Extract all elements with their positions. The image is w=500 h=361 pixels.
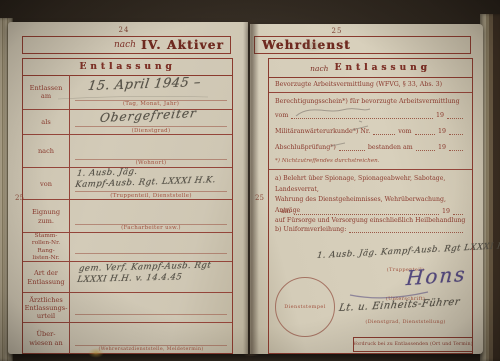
row-label: Art der Entlassung xyxy=(23,262,70,293)
blank-field xyxy=(416,143,435,151)
abschlusspruefung-label: Abschlußprüfung*) xyxy=(275,144,336,151)
line-berechtigungsschein: Berechtigungsschein*) für bevorzugte Arb… xyxy=(275,98,466,106)
book-gutter-shadow xyxy=(243,20,259,356)
header-title-left: IV. Aktiver xyxy=(141,38,224,52)
section-prefix: nach xyxy=(310,64,328,73)
blank-field xyxy=(339,143,365,151)
table-row-nach: nach (Wohnort) xyxy=(23,134,232,168)
blank-field xyxy=(447,111,463,119)
bottom-box-text: Vordruck bei zu Entlassenden (Ort und Te… xyxy=(353,342,473,347)
page-number-left: 24 xyxy=(112,26,136,34)
row-label: als xyxy=(23,110,70,135)
section-title-strip-right: nach Entlassung xyxy=(269,59,472,78)
line-vom-19: vom 19 xyxy=(275,111,466,119)
year-label: 19 xyxy=(436,112,444,119)
handwritten-rank: Obergefreiter xyxy=(99,106,198,125)
section-title-left: Entlassung xyxy=(79,62,175,72)
blank-field xyxy=(373,127,395,135)
vom-label: vom xyxy=(275,112,288,119)
blank-field xyxy=(294,207,439,215)
blank-field xyxy=(415,127,435,135)
divider-rule xyxy=(269,92,472,93)
row-label: nach xyxy=(23,135,70,168)
header-prefix: nach xyxy=(114,40,136,50)
row-value-cell: (Facharbeiter usw.) xyxy=(70,200,232,233)
year-label: 19 xyxy=(438,128,446,135)
table-row-als: als Obergefreiter (Dienstgrad) xyxy=(23,109,232,135)
row-value-cell: (Wohnort) xyxy=(70,135,232,168)
table-row-eignung: Eignung zum. (Facharbeiter usw.) xyxy=(23,199,232,233)
year-label: 19 xyxy=(438,144,446,151)
after-discharge-box: nach Entlassung Bevorzugte Arbeitsvermit… xyxy=(268,58,473,354)
bottom-instruction-box: Vordruck bei zu Entlassenden (Ort und Te… xyxy=(353,337,473,352)
vom-label: vom xyxy=(398,128,411,135)
stamp-circle: Dienststempel xyxy=(275,277,335,337)
line-b-uniformverleihung: b) Uniformverleihung: xyxy=(275,225,466,233)
table-row-art-der-entlassung: Art der Entlassung gem. Verf. Kampf-Ausb… xyxy=(23,261,232,293)
table-row-aerztliches-urteil: Ärztliches Entlassungs- urteil xyxy=(23,292,232,323)
table-row-von: von 1. Ausb. Jäg. Kampf-Ausb. Rgt. LXXXI… xyxy=(23,167,232,200)
row-value-cell: 1. Ausb. Jäg. Kampf-Ausb. Rgt. LXXXI H.K… xyxy=(70,168,232,200)
blank-field xyxy=(349,225,463,233)
handwritten-signature: Hons xyxy=(363,259,500,293)
header-title-right: Wehrdienst xyxy=(262,38,351,52)
blank-field xyxy=(449,127,463,135)
line-abschlusspruefung: Abschlußprüfung*) bestanden am 19 xyxy=(275,143,466,151)
row-label: Über- wiesen an xyxy=(23,323,70,354)
row-value-cell xyxy=(70,233,232,262)
section-title-strip: Entlassung xyxy=(23,59,232,76)
year-label: 19 xyxy=(442,208,450,215)
page-number-right: 25 xyxy=(325,27,349,35)
row-value-cell: 15. April 1945 – (Tag, Monat, Jahr) xyxy=(70,75,232,109)
paragraph-a-am-line: am 19 xyxy=(281,207,466,215)
row-value-cell: Obergefreiter (Dienstgrad) xyxy=(70,110,232,135)
row-label: Eignung zum. xyxy=(23,200,70,233)
am-label: am xyxy=(281,208,291,215)
handwritten-discharge-type: gem. Verf. Kampf-Ausb. Rgt LXXXI H.H. v.… xyxy=(76,260,212,286)
row-value-cell: gem. Verf. Kampf-Ausb. Rgt LXXXI H.H. v.… xyxy=(70,262,232,293)
field-note: (Wehrersatzdienststelle, Meldetermin) xyxy=(70,347,232,352)
uniformverleihung-label: b) Uniformverleihung: xyxy=(275,226,346,233)
header-continuation-right: Wehrdienst xyxy=(254,36,471,54)
handwritten-unit: 1. Ausb. Jäg. Kampf-Ausb. Rgt. LXXXI H.K… xyxy=(74,164,218,191)
handwritten-date: 15. April 1945 – xyxy=(87,75,202,94)
writing-line xyxy=(75,126,227,127)
writing-line xyxy=(75,345,227,346)
dienststempel-label: Dienststempel xyxy=(284,304,326,310)
row-value-cell: (Wehrersatzdienststelle, Meldetermin) xyxy=(70,323,232,354)
writing-line xyxy=(75,253,227,254)
row-label: von xyxy=(23,168,70,200)
line-bevorzugte-arbeitsvermittlung: Bevorzugte Arbeitsvermittlung (WFVG, § 3… xyxy=(275,81,466,89)
blank-field xyxy=(453,207,463,215)
militaeranwaerter-label: Militäranwärterurkunde*) Nr. xyxy=(275,128,370,135)
right-page: 25 25 Wehrdienst nach Entlassung Bevorzu… xyxy=(250,24,483,354)
writing-line xyxy=(75,191,227,192)
footnote-nichtzutreffendes: *) Nichtzutreffendes durchstreichen. xyxy=(275,158,466,165)
header-continuation-left: nach IV. Aktiver xyxy=(22,36,231,54)
paragraph-a-belehrt: a) Belehrt über Spionage, Spionageabwehr… xyxy=(275,174,466,227)
row-value-cell xyxy=(70,293,232,323)
blank-field xyxy=(291,111,433,119)
line-militaeranwaerterurkunde: Militäranwärterurkunde*) Nr. vom 19 xyxy=(275,127,466,135)
field-note: (Facharbeiter usw.) xyxy=(70,225,232,231)
row-label: Entlassen am xyxy=(23,75,70,109)
blank-field xyxy=(449,143,463,151)
writing-line xyxy=(75,314,227,315)
bestanden-am-label: bestanden am xyxy=(368,144,413,151)
field-note: (Tag, Monat, Jahr) xyxy=(70,101,232,107)
discharge-table: Entlassung Entlassen am 15. April 1945 –… xyxy=(22,58,233,354)
row-label: Ärztliches Entlassungs- urteil xyxy=(23,293,70,323)
left-page: 24 25 nach IV. Aktiver Entlassung Entlas… xyxy=(8,22,248,354)
row-label: Stamm- rollen-Nr. Rang- listen-Nr. xyxy=(23,233,70,262)
table-row-stammrollen: Stamm- rollen-Nr. Rang- listen-Nr. xyxy=(23,232,232,262)
handwritten-unit-signature-block: 1. Ausb. Jäg. Kampf-Ausb. Rgt LXXXI H.K. xyxy=(316,240,500,261)
divider-rule xyxy=(269,169,472,170)
table-row-entlassen-am: Entlassen am 15. April 1945 – (Tag, Mona… xyxy=(23,75,232,109)
table-row-ueberwiesen-an: Über- wiesen an (Wehrersatzdienststelle,… xyxy=(23,322,232,354)
wehrpass-photo: 24 25 nach IV. Aktiver Entlassung Entlas… xyxy=(0,0,500,361)
page-stack-edge-right xyxy=(480,14,500,361)
section-title-right: Entlassung xyxy=(335,63,431,73)
